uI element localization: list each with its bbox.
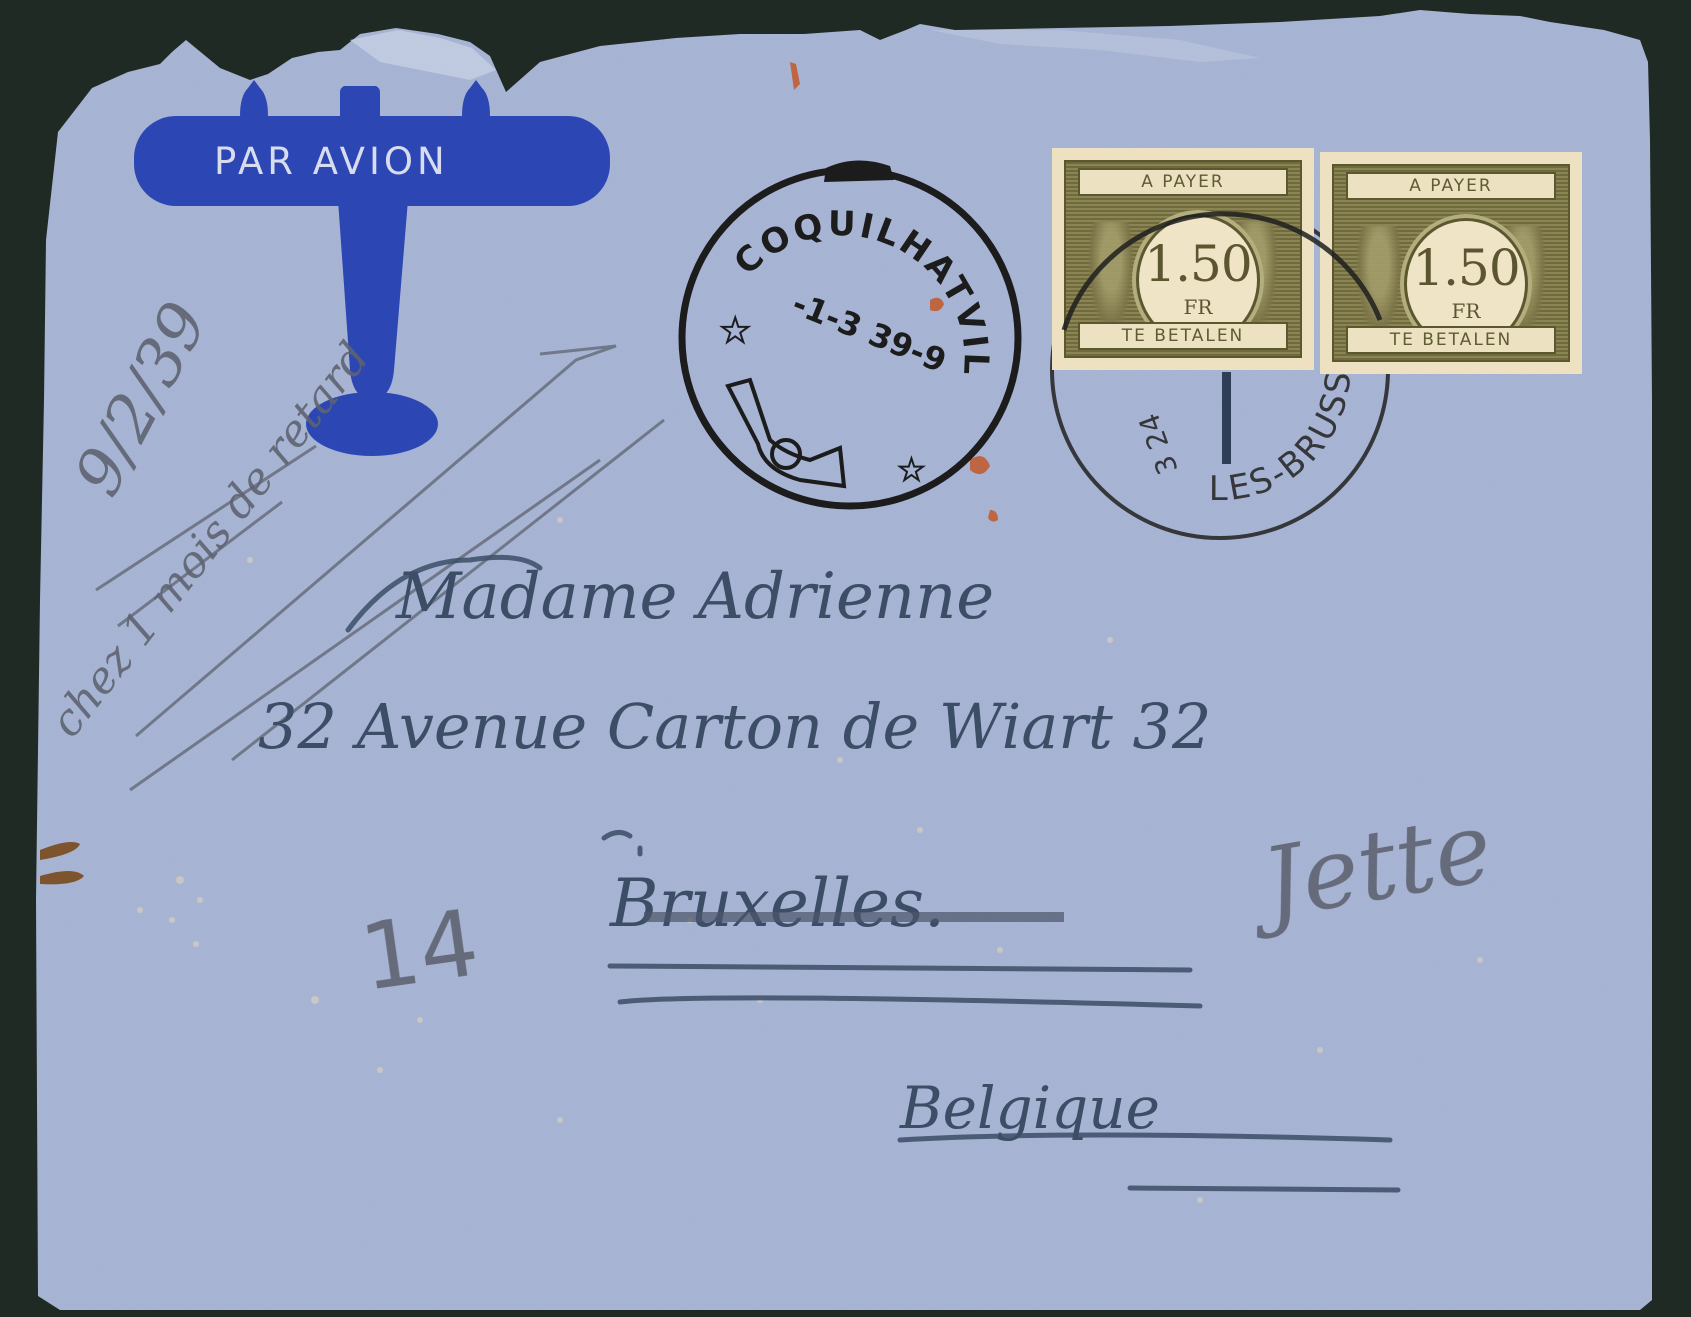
airmail-label-text: PAR AVION xyxy=(214,140,534,183)
lion-icon xyxy=(1356,226,1402,336)
strikethrough-line xyxy=(644,912,1064,922)
stamp-bottom-text: TE BETALEN xyxy=(1078,322,1288,350)
postage-due-stamp: 1.50 FR A PAYER TE BETALEN xyxy=(1052,148,1314,370)
stamp-value: 1.50 xyxy=(1407,239,1525,297)
stamp-bottom-text: TE BETALEN xyxy=(1346,326,1556,354)
stroke-mark xyxy=(1222,372,1231,464)
envelope-scene: COQUILHATVILLE -1-3 39-9 ★ ★ LES-BRUSS 3… xyxy=(0,0,1691,1317)
stamp-currency: FR xyxy=(1407,299,1525,323)
stamp-currency: FR xyxy=(1139,295,1257,319)
stamp-top-text: A PAYER xyxy=(1346,172,1556,200)
star-icon: ★ xyxy=(898,453,925,488)
address-country: Belgique xyxy=(899,1074,1160,1142)
address-name: Madame Adrienne xyxy=(395,560,994,634)
address-street: 32 Avenue Carton de Wiart 32 xyxy=(258,690,1211,763)
address-city-struck: Bruxelles. xyxy=(609,865,945,942)
stamp-value: 1.50 xyxy=(1139,235,1257,293)
pencil-number: 14 xyxy=(354,890,485,1012)
stamp-top-text: A PAYER xyxy=(1078,168,1288,196)
lion-icon xyxy=(1088,222,1134,332)
star-icon: ★ xyxy=(720,311,750,351)
postage-due-stamp: 1.50 FR A PAYER TE BETALEN xyxy=(1320,152,1582,374)
